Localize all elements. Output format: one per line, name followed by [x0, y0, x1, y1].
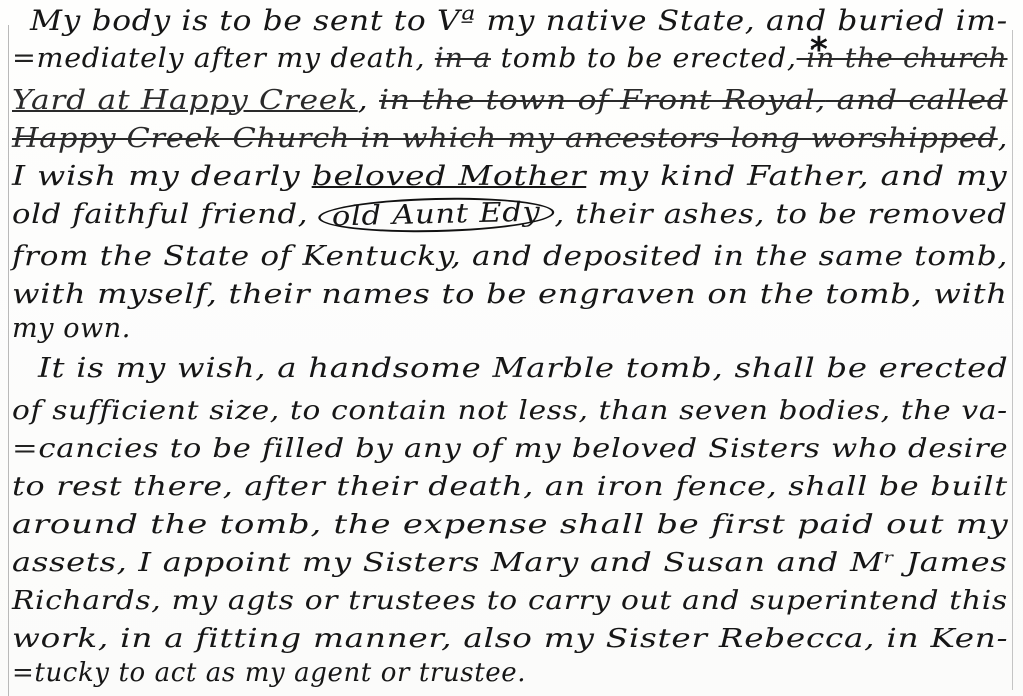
struck-text: in the church: [797, 43, 1008, 74]
underlined-text: beloved Mother: [312, 161, 587, 192]
line-text: old faithful friend,: [12, 199, 319, 230]
handwritten-line-11: of sufficient size, to contain not less,…: [12, 394, 1008, 428]
continuation-mark: =: [12, 43, 37, 74]
handwritten-line-15: assets, I appoint my Sisters Mary and Su…: [12, 546, 1008, 580]
line-text: , their ashes, to be removed: [554, 199, 1007, 230]
handwritten-line-7: from the State of Kentucky, and deposite…: [12, 240, 1008, 274]
handwritten-line-5: I wish my dearly beloved Mother my kind …: [12, 160, 1007, 194]
struck-text: and called: [826, 85, 1008, 116]
struck-text: in a: [435, 43, 491, 74]
line-text: of sufficient size, to contain not less,…: [12, 396, 1008, 426]
line-text: ,: [358, 85, 379, 116]
handwritten-line-4: Happy Creek Church in which my ancestors…: [12, 122, 1008, 156]
line-text: tucky to act as my agent or trustee.: [34, 658, 526, 688]
handwritten-line-12: =cancies to be filled by any of my belov…: [12, 432, 1008, 466]
line-text: My body is to be sent to Vª my native St…: [30, 4, 1008, 37]
scanned-page: My body is to be sent to Vª my native St…: [0, 0, 1023, 696]
line-text: Richards, my agts or trustees to carry o…: [12, 586, 1008, 616]
line-text: mediately after my death,: [37, 43, 435, 74]
line-text: ,: [998, 123, 1008, 154]
line-text: It is my wish, a handsome Marble tomb, s…: [38, 353, 1008, 384]
asterisk-mark: *: [810, 30, 828, 70]
line-text: to rest there, after their death, an iro…: [12, 472, 1008, 502]
struck-text: in the town of Front Royal,: [379, 85, 826, 116]
handwritten-line-16: Richards, my agts or trustees to carry o…: [12, 584, 1008, 618]
line-text: tomb to be erected,: [491, 43, 797, 74]
line-text: from the State of Kentucky, and deposite…: [12, 241, 1008, 272]
handwritten-line-9: my own.: [12, 312, 131, 346]
handwritten-line-3: Yard at Happy Creek, in the town of Fron…: [12, 84, 1008, 118]
line-text: my kind Father, and my: [586, 161, 1007, 192]
line-text: cancies to be filled by any of my belove…: [38, 434, 1008, 464]
line-text: with myself, their names to be engraven …: [12, 279, 1008, 310]
handwritten-line-18: =tucky to act as my agent or trustee.: [12, 656, 526, 690]
handwritten-line-6: old faithful friend, old Aunt Edy, their…: [12, 198, 1008, 232]
handwritten-line-13: to rest there, after their death, an iro…: [12, 470, 1008, 504]
continuation-mark: =: [12, 434, 38, 464]
right-page-edge: [1012, 30, 1013, 690]
left-margin-rule: [8, 25, 9, 696]
handwritten-line-2: =mediately after my death, in a tomb to …: [12, 42, 1008, 76]
handwritten-line-8: with myself, their names to be engraven …: [12, 278, 1008, 312]
handwritten-line-14: around the tomb, the expense shall be fi…: [12, 508, 1009, 542]
line-text: assets, I appoint my Sisters Mary and Su…: [12, 548, 1008, 578]
line-text: my own.: [12, 313, 131, 344]
continuation-mark: =: [12, 658, 34, 688]
handwritten-line-1: My body is to be sent to Vª my native St…: [30, 4, 1008, 38]
line-text: I wish my dearly: [12, 161, 312, 192]
handwritten-line-17: work, in a fitting manner, also my Siste…: [12, 622, 1008, 656]
line-text: work, in a fitting manner, also my Siste…: [12, 624, 1008, 654]
struck-text: Happy Creek Church in which my ancestors…: [12, 123, 998, 154]
line-text: around the tomb, the expense shall be fi…: [12, 510, 1009, 540]
circled-name: old Aunt Edy: [318, 195, 555, 234]
handwritten-line-10: It is my wish, a handsome Marble tomb, s…: [38, 352, 1008, 386]
underlined-struck-text: Yard at Happy Creek: [12, 85, 358, 116]
